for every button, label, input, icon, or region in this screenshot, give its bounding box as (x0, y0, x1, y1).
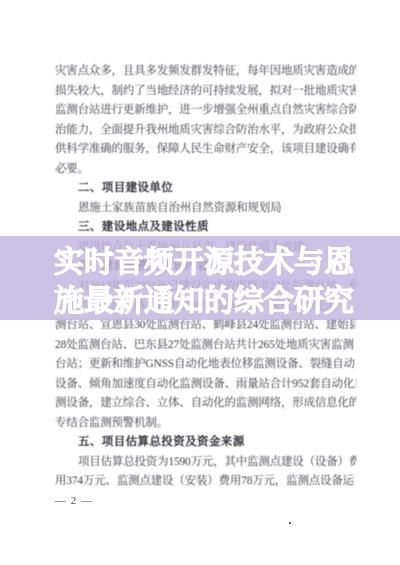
doc-line: 用374万元、监测点建设（安装）费用78万元，监测点设备运 (55, 472, 356, 492)
doc-heading-investment: 五、项目估算总投资及资金来源 (55, 433, 356, 453)
doc-line: 设备、倾角加速度自动化监测设备、雨量站合计952套自动化监 (55, 375, 356, 395)
doc-line: 台站；更新和维护GNSS自动化地表位移监测设备、裂缝自动监测 (55, 355, 356, 375)
doc-line: 恩施土家族苗族自治州自然资源和规划局 (55, 199, 356, 219)
document-page: 灾害点众多，且具多发频发群发特征，每年因地质灾害造成的 损失较大，制约了当地经济… (0, 0, 400, 565)
doc-line: 必要。 (55, 160, 356, 180)
overlay-title: 实时音频开源技术与恩 施最新通知的综合研究 (54, 244, 358, 321)
doc-line: 治能力，全面提升我州地质灾害综合防治水平，为政府公众提 (55, 121, 356, 141)
doc-line: 供科学准确的服务，保障人民生命财产安全，该项目建设确有 (55, 140, 356, 160)
doc-line: 灾害点众多，且具多发频发群发特征，每年因地质灾害造成的 (55, 62, 356, 82)
ink-dot (289, 522, 291, 524)
overlay-title-line-2: 施最新通知的综合研究 (54, 283, 358, 322)
page-number: — 2 — (55, 495, 93, 507)
overlay-title-line-1: 实时音频开源技术与恩 (54, 244, 358, 283)
doc-line: 28处监测台站、巴东县27处监测台站共计265处地质灾害监测 (55, 336, 356, 356)
doc-heading-location: 三、建设地点及建设性质 (55, 218, 356, 238)
doc-line: 项目估算总投资为1590万元，其中监测点建设（设备）费 (55, 453, 356, 473)
doc-line: 监测台站进行更新维护，进一步增强全州重点自然灾害综合防 (55, 101, 356, 121)
doc-line: 专结合监测预警机制。 (55, 414, 356, 434)
doc-line: 损失较大，制约了当地经济的可持续发展，拟对一批地质灾害 (55, 82, 356, 102)
doc-heading-project-unit: 二、项目建设单位 (55, 179, 356, 199)
doc-line: 测设备，建立综合、立体、自动化的监测网络，形成信息化的群 (55, 394, 356, 414)
